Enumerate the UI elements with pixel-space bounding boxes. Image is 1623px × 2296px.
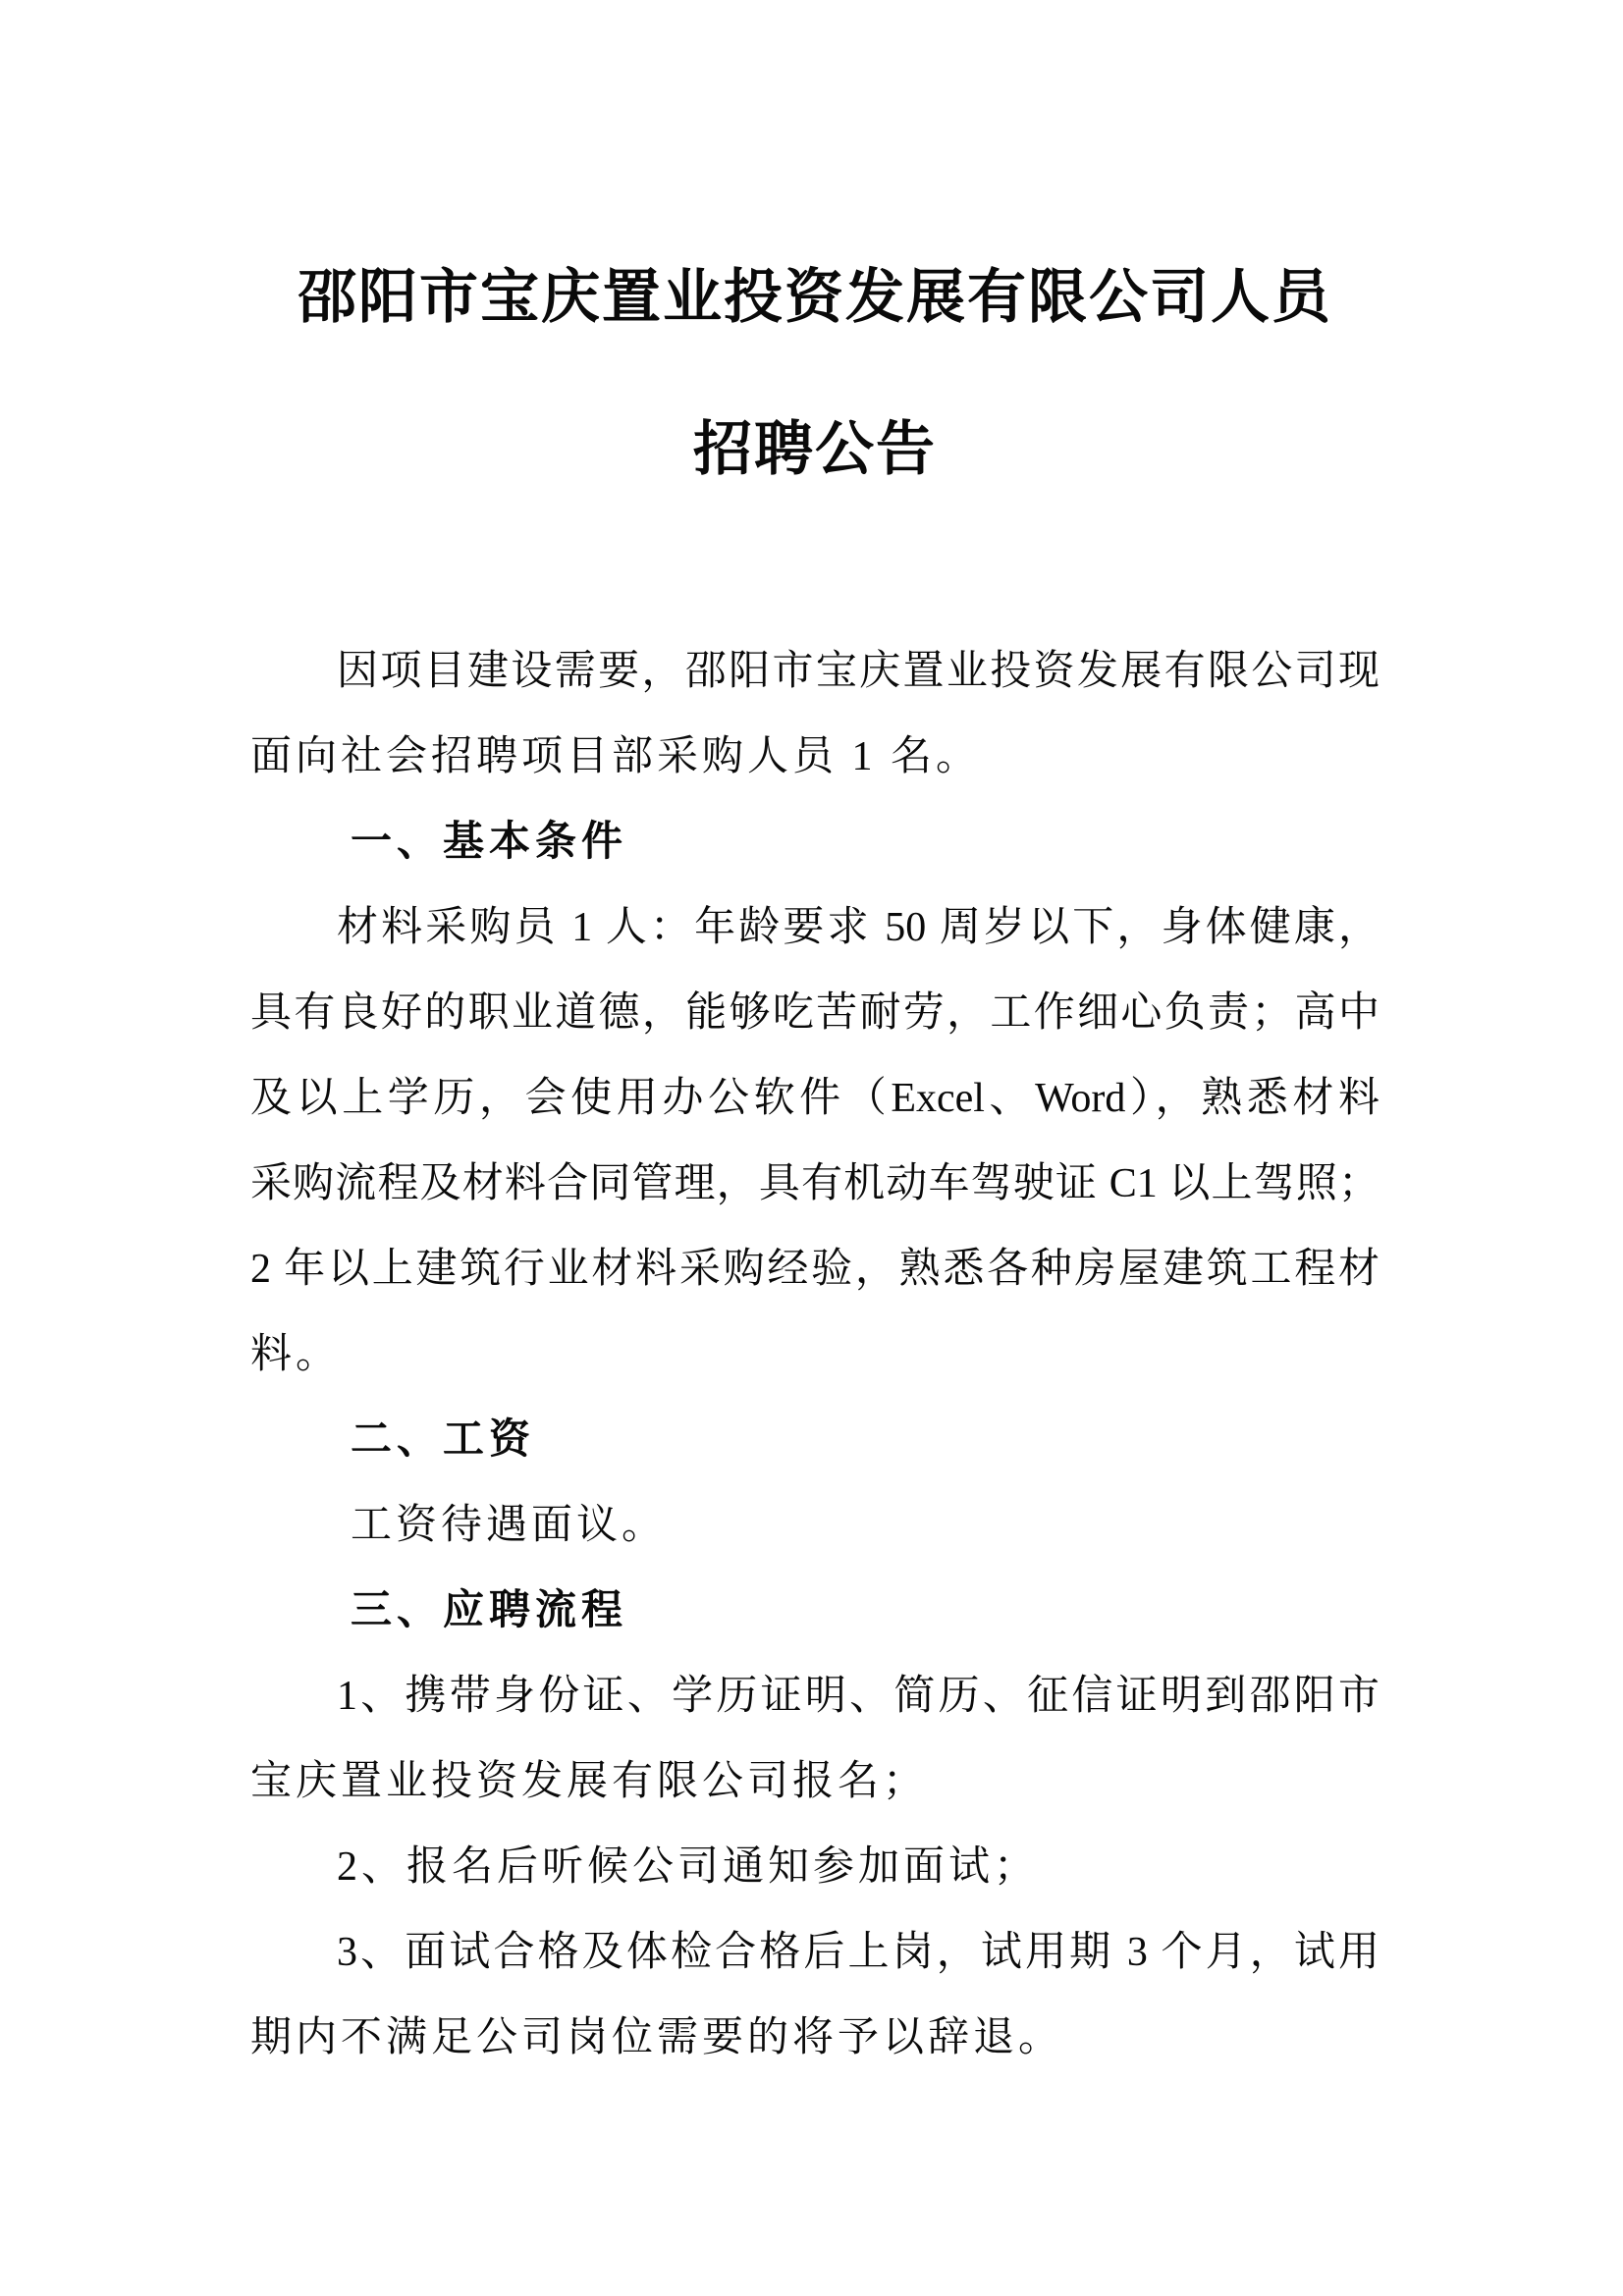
body-line: 及以上学历，会使用办公软件（Excel、Word），熟悉材料 — [250, 1056, 1380, 1142]
section-heading-basic-requirements: 一、基本条件 — [250, 800, 1380, 885]
body-line: 采购流程及材料合同管理，具有机动车驾驶证 C1 以上驾照； — [250, 1142, 1380, 1227]
body-line: 料。 — [250, 1312, 1380, 1398]
document-title-line1: 邵阳市宝庆置业投资发展有限公司人员 — [250, 253, 1380, 342]
list-item-line: 期内不满足公司岗位需要的将予以辞退。 — [250, 1996, 1380, 2081]
body-line: 材料采购员 1 人：年龄要求 50 周岁以下，身体健康， — [250, 885, 1380, 971]
document-content: 邵阳市宝庆置业投资发展有限公司人员 招聘公告 因项目建设需要，邵阳市宝庆置业投资… — [250, 0, 1380, 2081]
document-title-line2: 招聘公告 — [250, 405, 1380, 494]
intro-line: 面向社会招聘项目部采购人员 1 名。 — [250, 715, 1380, 800]
body-line: 2 年以上建筑行业材料采购经验，熟悉各种房屋建筑工程材 — [250, 1227, 1380, 1312]
section-heading-application-process: 三、应聘流程 — [250, 1569, 1380, 1654]
list-item-line: 宝庆置业投资发展有限公司报名； — [250, 1739, 1380, 1825]
list-item-line: 1、携带身份证、学历证明、简历、征信证明到邵阳市 — [250, 1654, 1380, 1739]
section-heading-salary: 二、工资 — [250, 1398, 1380, 1483]
scanned-document-page: 邵阳市宝庆置业投资发展有限公司人员 招聘公告 因项目建设需要，邵阳市宝庆置业投资… — [0, 0, 1623, 2296]
document-body: 因项目建设需要，邵阳市宝庆置业投资发展有限公司现 面向社会招聘项目部采购人员 1… — [250, 629, 1380, 2081]
body-line: 具有良好的职业道德，能够吃苦耐劳，工作细心负责；高中 — [250, 971, 1380, 1056]
list-item-line: 3、面试合格及体检合格后上岗，试用期 3 个月，试用 — [250, 1910, 1380, 1996]
body-line: 工资待遇面议。 — [250, 1483, 1380, 1569]
intro-line: 因项目建设需要，邵阳市宝庆置业投资发展有限公司现 — [250, 629, 1380, 715]
list-item-line: 2、报名后听候公司通知参加面试； — [250, 1825, 1380, 1910]
